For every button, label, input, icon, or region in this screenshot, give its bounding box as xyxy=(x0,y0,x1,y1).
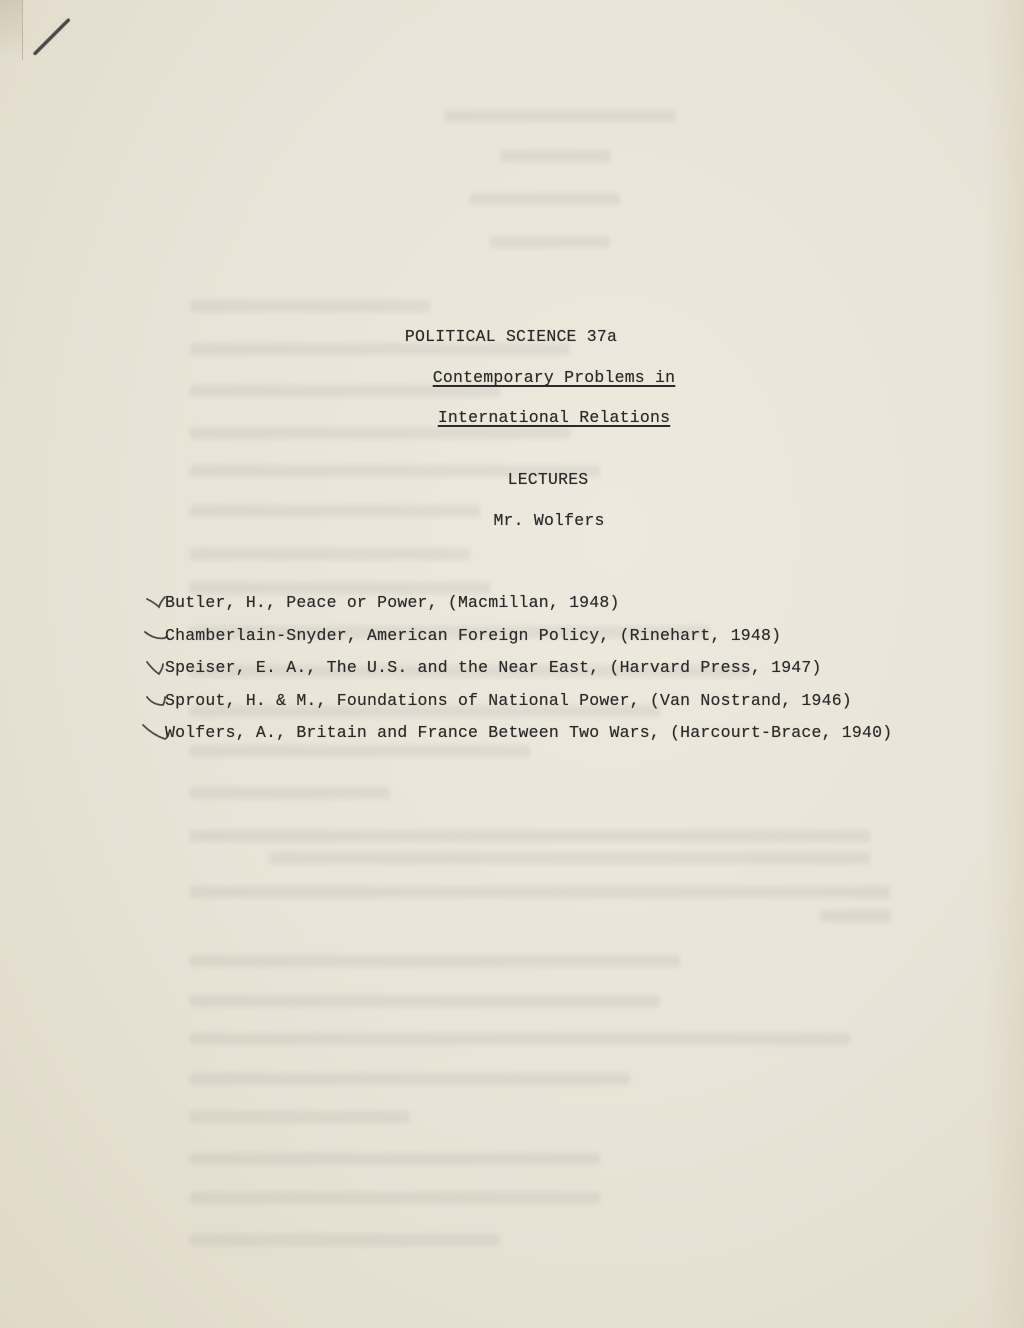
instructor-name: Mr. Wolfers xyxy=(493,511,604,530)
ghost-text-line xyxy=(190,1033,850,1045)
ghost-text-line xyxy=(190,300,430,312)
reading-citation: Wolfers, A., Britain and France Between … xyxy=(165,723,892,742)
section-heading: LECTURES xyxy=(508,470,589,489)
course-subtitle-line1: Contemporary Problems in xyxy=(433,368,675,387)
ghost-text-line xyxy=(190,830,870,842)
ghost-text-line xyxy=(445,110,675,122)
course-title: POLITICAL SCIENCE 37a xyxy=(405,327,617,346)
document-page: POLITICAL SCIENCE 37a Contemporary Probl… xyxy=(0,0,1024,1328)
folded-corner xyxy=(0,0,23,60)
ghost-text-line xyxy=(190,886,890,898)
ghost-text-line xyxy=(190,548,470,560)
course-subtitle-line2: International Relations xyxy=(438,408,670,427)
ghost-text-line xyxy=(190,745,530,757)
ghost-text-line xyxy=(190,427,570,439)
ghost-text-line xyxy=(470,193,620,205)
ghost-text-line xyxy=(190,955,680,967)
reading-citation: Sprout, H. & M., Foundations of National… xyxy=(165,691,852,710)
ghost-text-line xyxy=(190,1153,600,1165)
ghost-text-line xyxy=(500,150,610,162)
ghost-text-line xyxy=(270,852,870,864)
ghost-text-line xyxy=(190,1073,630,1085)
reading-citation: Chamberlain-Snyder, American Foreign Pol… xyxy=(165,626,781,645)
ghost-text-line xyxy=(820,910,890,922)
ghost-text-line xyxy=(190,787,390,799)
ghost-text-line xyxy=(190,505,480,517)
ghost-text-line xyxy=(490,236,610,248)
ghost-text-line xyxy=(190,995,660,1007)
ghost-text-line xyxy=(190,1192,600,1204)
reading-citation: Butler, H., Peace or Power, (Macmillan, … xyxy=(165,593,620,612)
ghost-text-line xyxy=(190,1234,500,1246)
reading-citation: Speiser, E. A., The U.S. and the Near Ea… xyxy=(165,658,822,677)
ghost-text-line xyxy=(190,1111,410,1123)
staple-icon xyxy=(33,18,70,55)
